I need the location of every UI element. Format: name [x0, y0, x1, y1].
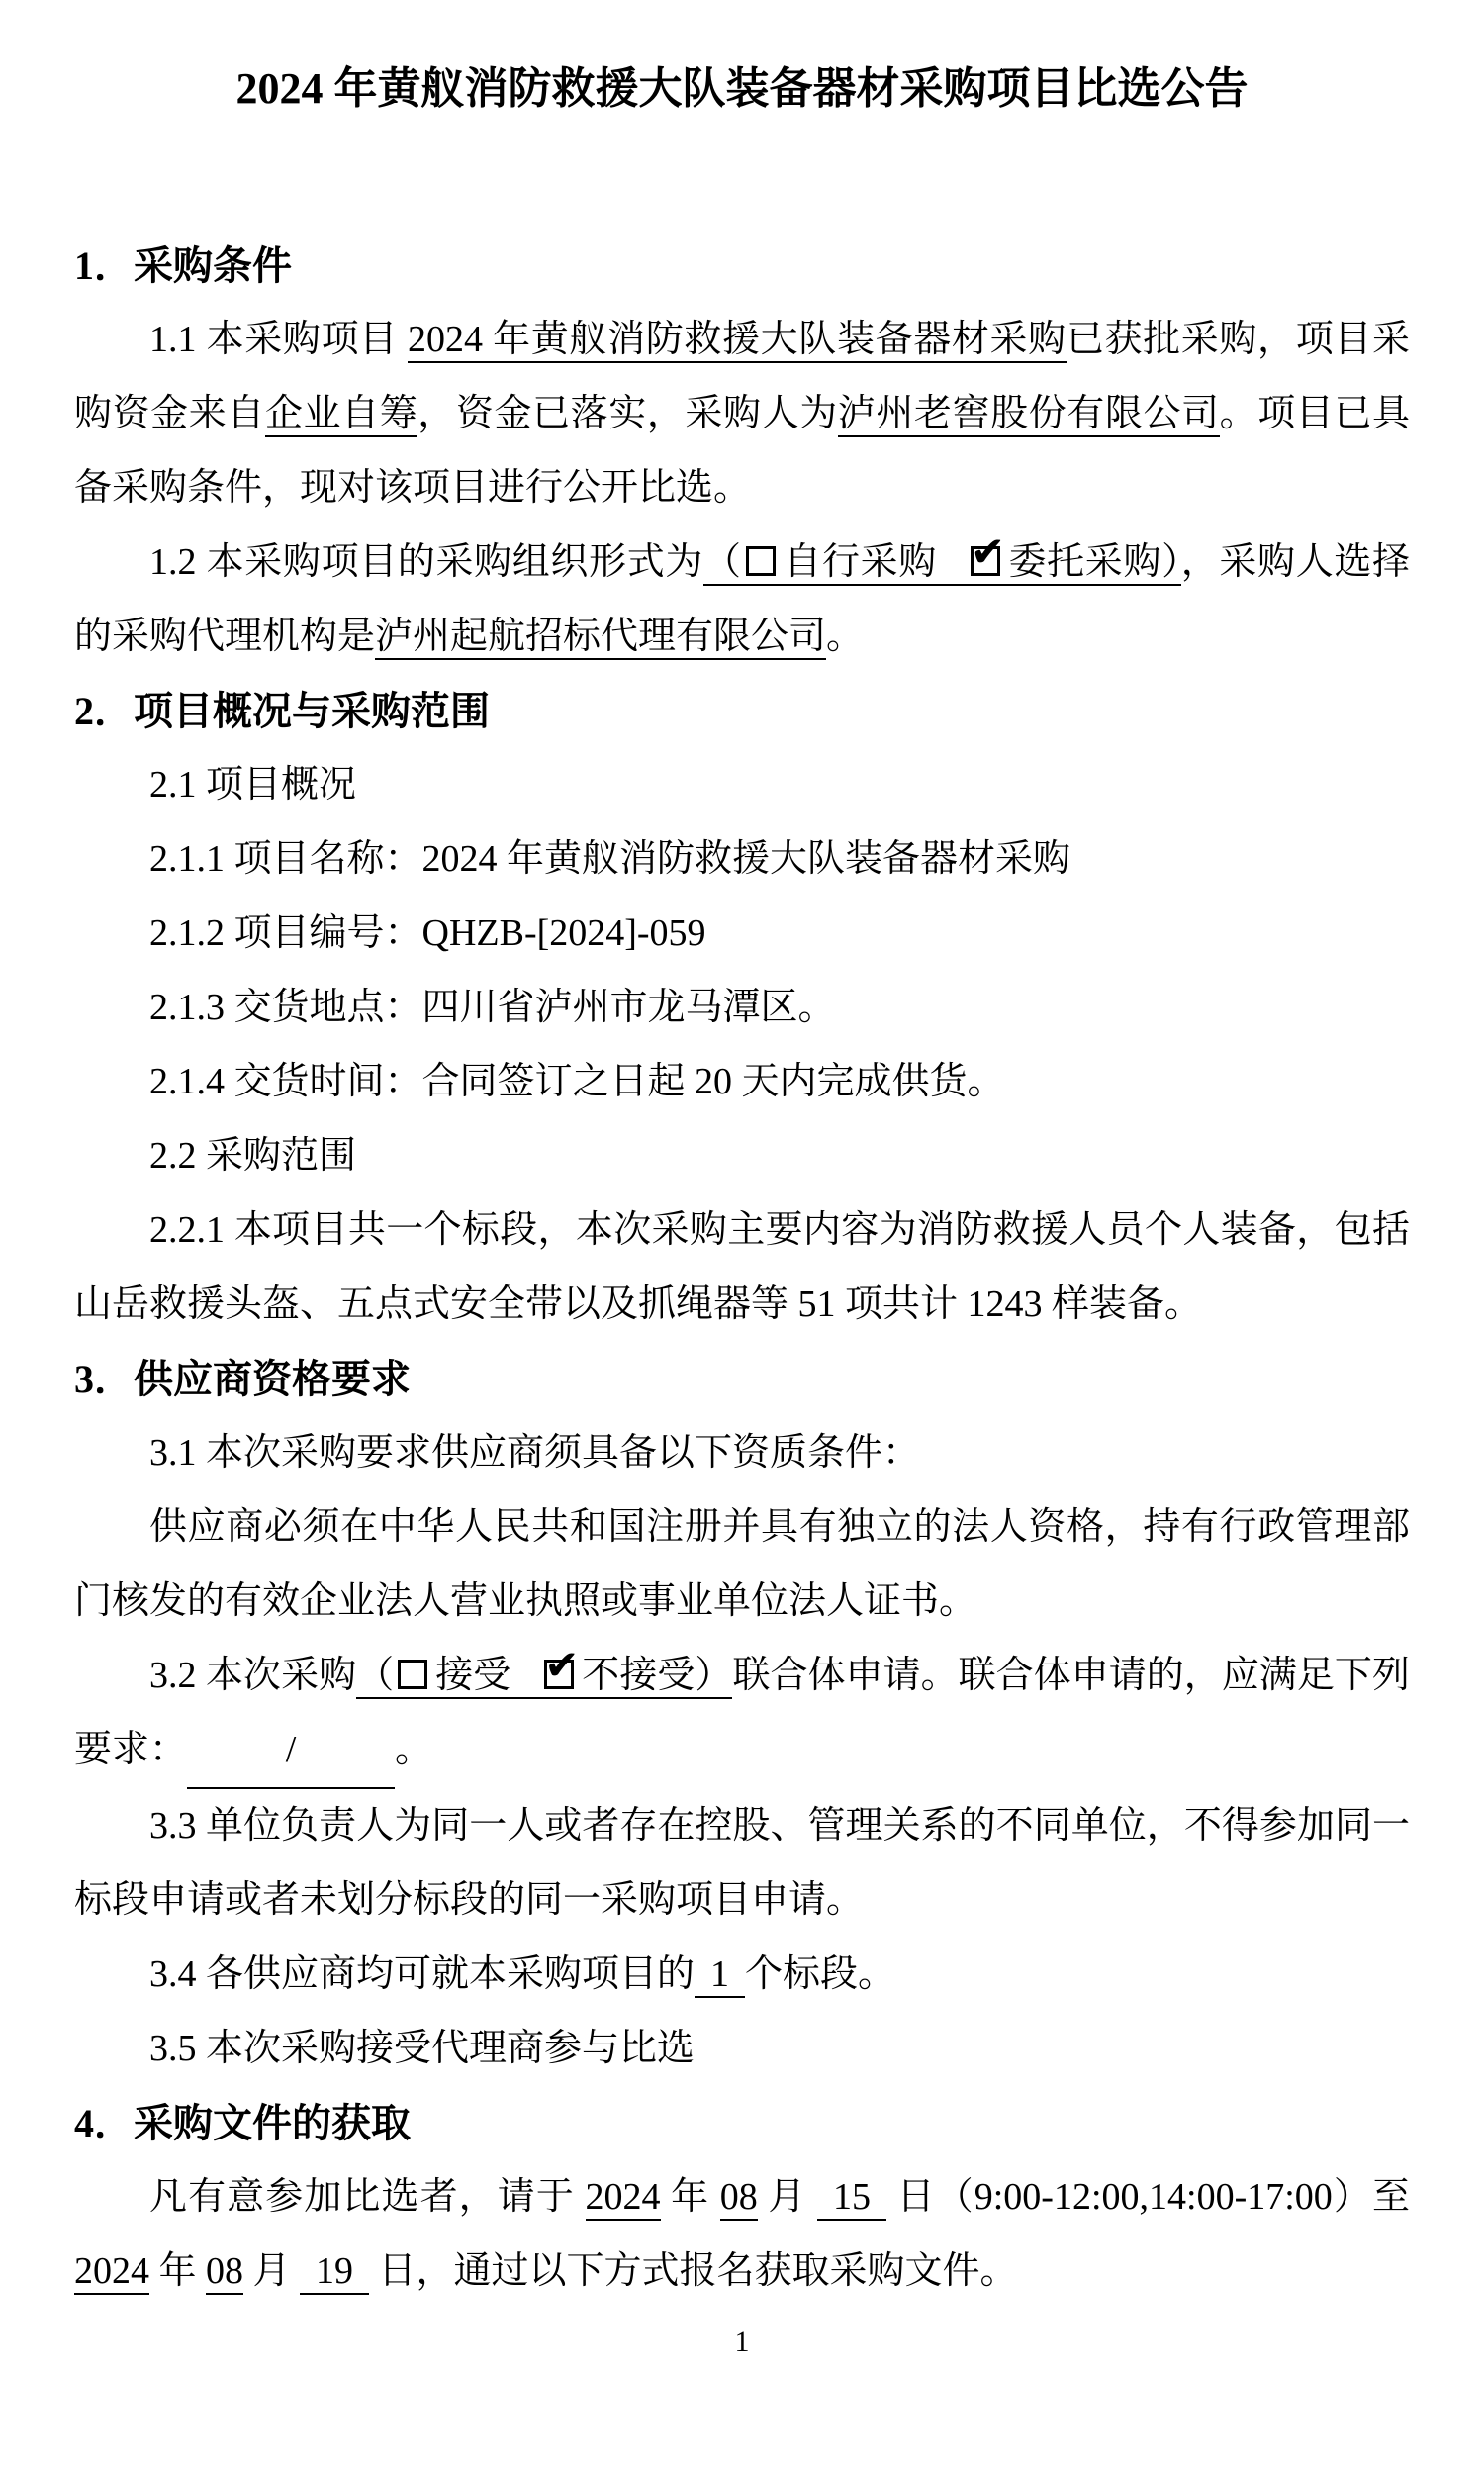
text-run: 1.2 本采购项目的采购组织形式为	[149, 541, 703, 583]
underline-org-form-options: （自行采购✔委托采购）	[703, 541, 1181, 586]
checkbox-entrusted-procurement-checked-icon: ✔	[971, 546, 1000, 576]
text-run: 年	[661, 2176, 720, 2218]
paragraph-3-1: 3.1 本次采购要求供应商须具备以下资质条件：	[74, 1416, 1410, 1490]
paragraph-2-2: 2.2 采购范围	[74, 1119, 1410, 1193]
text-run: 3.4 各供应商均可就本采购项目的	[149, 1953, 695, 1995]
paragraph-2-1-4: 2.1.4 交货时间：合同签订之日起 20 天内完成供货。	[74, 1045, 1410, 1119]
document-page: 2024 年黄舣消防救援大队装备器材采购项目比选公告 1．采购条件 1.1 本采…	[0, 0, 1484, 2472]
underline-purchaser-name: 泸州老窖股份有限公司	[838, 393, 1220, 437]
text-run: 个标段。	[745, 1953, 895, 1995]
text-run: 日（9:00-12:00,14:00-17:00）至	[886, 2176, 1410, 2218]
text-run: 。	[826, 616, 864, 657]
text-run: ，资金已落实，采购人为	[417, 393, 837, 434]
page-number: 1	[74, 2327, 1410, 2358]
option-label-accept: 接受	[435, 1655, 510, 1696]
paragraph-1-2: 1.2 本采购项目的采购组织形式为（自行采购✔委托采购），采购人选择的采购代理机…	[74, 525, 1410, 674]
fill-in-blank-slash: /	[187, 1713, 395, 1789]
section-3-heading: 3．供应商资格要求	[74, 1342, 1410, 1416]
text-run: 月	[243, 2250, 300, 2292]
option-label-self-procurement: 自行采购	[784, 541, 937, 583]
paragraph-2-2-1: 2.2.1 本项目共一个标段，本次采购主要内容为消防救援人员个人装备，包括山岳救…	[74, 1193, 1410, 1342]
paragraph-1-1: 1.1 本采购项目 2024 年黄舣消防救援大队装备器材采购已获批采购，项目采购…	[74, 303, 1410, 525]
text-run: （	[703, 541, 742, 583]
section-1-heading: 1．采购条件	[74, 229, 1410, 303]
text-run: 月	[758, 2176, 817, 2218]
text-run: ）	[695, 1655, 732, 1696]
underline-start-month: 08	[720, 2176, 758, 2221]
underline-end-month: 08	[206, 2250, 243, 2295]
paragraph-2-1-2: 2.1.2 项目编号：QHZB-[2024]-059	[74, 897, 1410, 971]
paragraph-3-3: 3.3 单位负责人为同一人或者存在控股、管理关系的不同单位，不得参加同一标段申请…	[74, 1789, 1410, 1938]
text-run: 年	[149, 2250, 206, 2292]
underline-consortium-options: （接受✔不接受）	[356, 1655, 732, 1699]
text-run: 凡有意参加比选者，请于	[149, 2176, 586, 2218]
paragraph-3-1-body: 供应商必须在中华人民共和国注册并具有独立的法人资格，持有行政管理部门核发的有效企…	[74, 1490, 1410, 1639]
underline-project-name: 2024 年黄舣消防救援大队装备器材采购	[408, 319, 1067, 363]
paragraph-2-1-3: 2.1.3 交货地点：四川省泸州市龙马潭区。	[74, 971, 1410, 1045]
section-2-heading: 2．项目概况与采购范围	[74, 674, 1410, 748]
document-title: 2024 年黄舣消防救援大队装备器材采购项目比选公告	[74, 57, 1410, 121]
checkbox-not-accept-checked-icon: ✔	[544, 1660, 574, 1689]
paragraph-3-2: 3.2 本次采购（接受✔不接受）联合体申请。联合体申请的，应满足下列要求：/。	[74, 1639, 1410, 1789]
underline-fund-source: 企业自筹	[265, 393, 417, 437]
checkbox-self-procurement-unchecked-icon	[746, 546, 776, 576]
paragraph-3-4: 3.4 各供应商均可就本采购项目的1个标段。	[74, 1938, 1410, 2012]
paragraph-3-5: 3.5 本次采购接受代理商参与比选	[74, 2012, 1410, 2086]
underline-end-day: 19	[300, 2250, 369, 2295]
text-run: 日，通过以下方式报名获取采购文件。	[369, 2250, 1018, 2292]
checkbox-accept-unchecked-icon	[398, 1660, 427, 1689]
check-mark-icon: ✔	[544, 1645, 579, 1686]
underline-lot-count: 1	[695, 1953, 745, 1998]
section-4-heading: 4．采购文件的获取	[74, 2086, 1410, 2160]
text-run: 1.1 本采购项目	[149, 319, 408, 360]
paragraph-2-1: 2.1 项目概况	[74, 748, 1410, 822]
underline-agency-name: 泸州起航招标代理有限公司	[375, 616, 826, 660]
paragraph-2-1-1: 2.1.1 项目名称：2024 年黄舣消防救援大队装备器材采购	[74, 822, 1410, 897]
option-label-not-accept: 不接受	[582, 1655, 695, 1696]
underline-start-day: 15	[817, 2176, 886, 2221]
check-mark-icon: ✔	[971, 531, 1005, 573]
text-run: 3.2 本次采购	[149, 1655, 356, 1696]
text-run: （	[356, 1655, 394, 1696]
underline-start-year: 2024	[586, 2176, 661, 2221]
option-label-entrusted-procurement: 委托采购	[1008, 541, 1161, 583]
text-run: 。	[395, 1729, 432, 1770]
text-run: ）	[1161, 541, 1181, 583]
underline-end-year: 2024	[74, 2250, 149, 2295]
paragraph-4-1: 凡有意参加比选者，请于 2024 年 08 月 15 日（9:00-12:00,…	[74, 2160, 1410, 2309]
